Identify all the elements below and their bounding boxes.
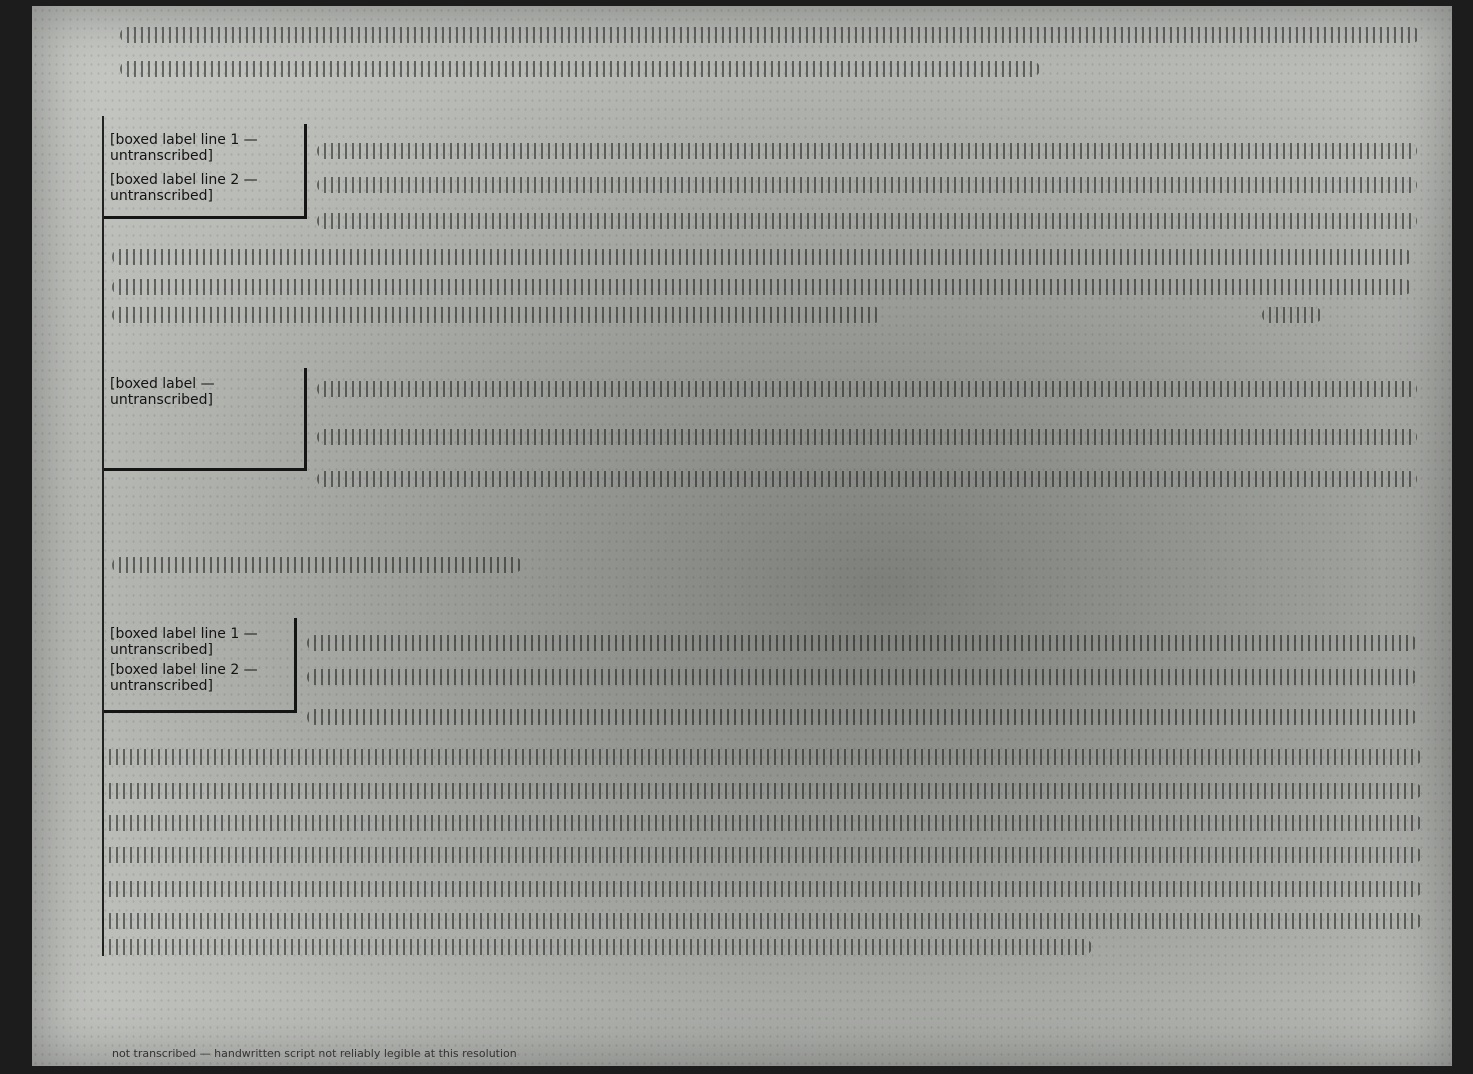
transcription-note: not transcribed — handwritten script not… — [112, 1047, 517, 1060]
section-3-label-box: [boxed label line 1 — untranscribed] [bo… — [104, 618, 297, 713]
section-3-body-line — [307, 666, 1427, 688]
section-3-body-line — [102, 936, 1102, 958]
section-1-label-box: [boxed label line 1 — untranscribed] [bo… — [104, 124, 307, 219]
section-3-label-line-1: [boxed label line 1 — untranscribed] — [110, 626, 294, 658]
section-1-body-line — [317, 140, 1427, 162]
section-2-body-line — [317, 426, 1427, 448]
section-1-marginal-note — [1262, 304, 1332, 326]
section-2-label-box: [boxed label — untranscribed] — [104, 368, 307, 471]
header-line-1 — [120, 24, 1430, 46]
header-line-2 — [120, 58, 1050, 80]
manuscript-page: [boxed label line 1 — untranscribed] [bo… — [32, 6, 1452, 1066]
section-1-body-line — [112, 276, 1422, 298]
section-3-body-line — [102, 910, 1432, 932]
header-line-1-text — [120, 27, 1420, 43]
section-1-body-line — [317, 174, 1427, 196]
section-3-body-line — [307, 706, 1427, 728]
section-3-body-line — [102, 746, 1432, 768]
section-3-body-line — [102, 844, 1432, 866]
section-3-body-line — [307, 632, 1427, 654]
section-3-heading-text — [112, 557, 522, 573]
section-3-body-line — [102, 812, 1432, 834]
section-3-label-line-2: [boxed label line 2 — untranscribed] — [110, 662, 294, 694]
header-line-2-text — [120, 61, 1040, 77]
section-1-label-line-2: [boxed label line 2 — untranscribed] — [110, 172, 304, 204]
section-1-label-line-1: [boxed label line 1 — untranscribed] — [110, 132, 304, 164]
section-2-body-line — [317, 378, 1427, 400]
section-3-body-line — [102, 780, 1432, 802]
section-1-body-line — [112, 246, 1422, 268]
section-3-body-line — [102, 878, 1432, 900]
marginal-note-text — [1262, 307, 1322, 323]
section-2-body-line — [317, 468, 1427, 490]
section-3-heading — [112, 554, 532, 576]
section-2-label-line-1: [boxed label — untranscribed] — [110, 376, 304, 408]
section-1-body-line — [317, 210, 1427, 232]
section-1-body-line — [112, 304, 892, 326]
